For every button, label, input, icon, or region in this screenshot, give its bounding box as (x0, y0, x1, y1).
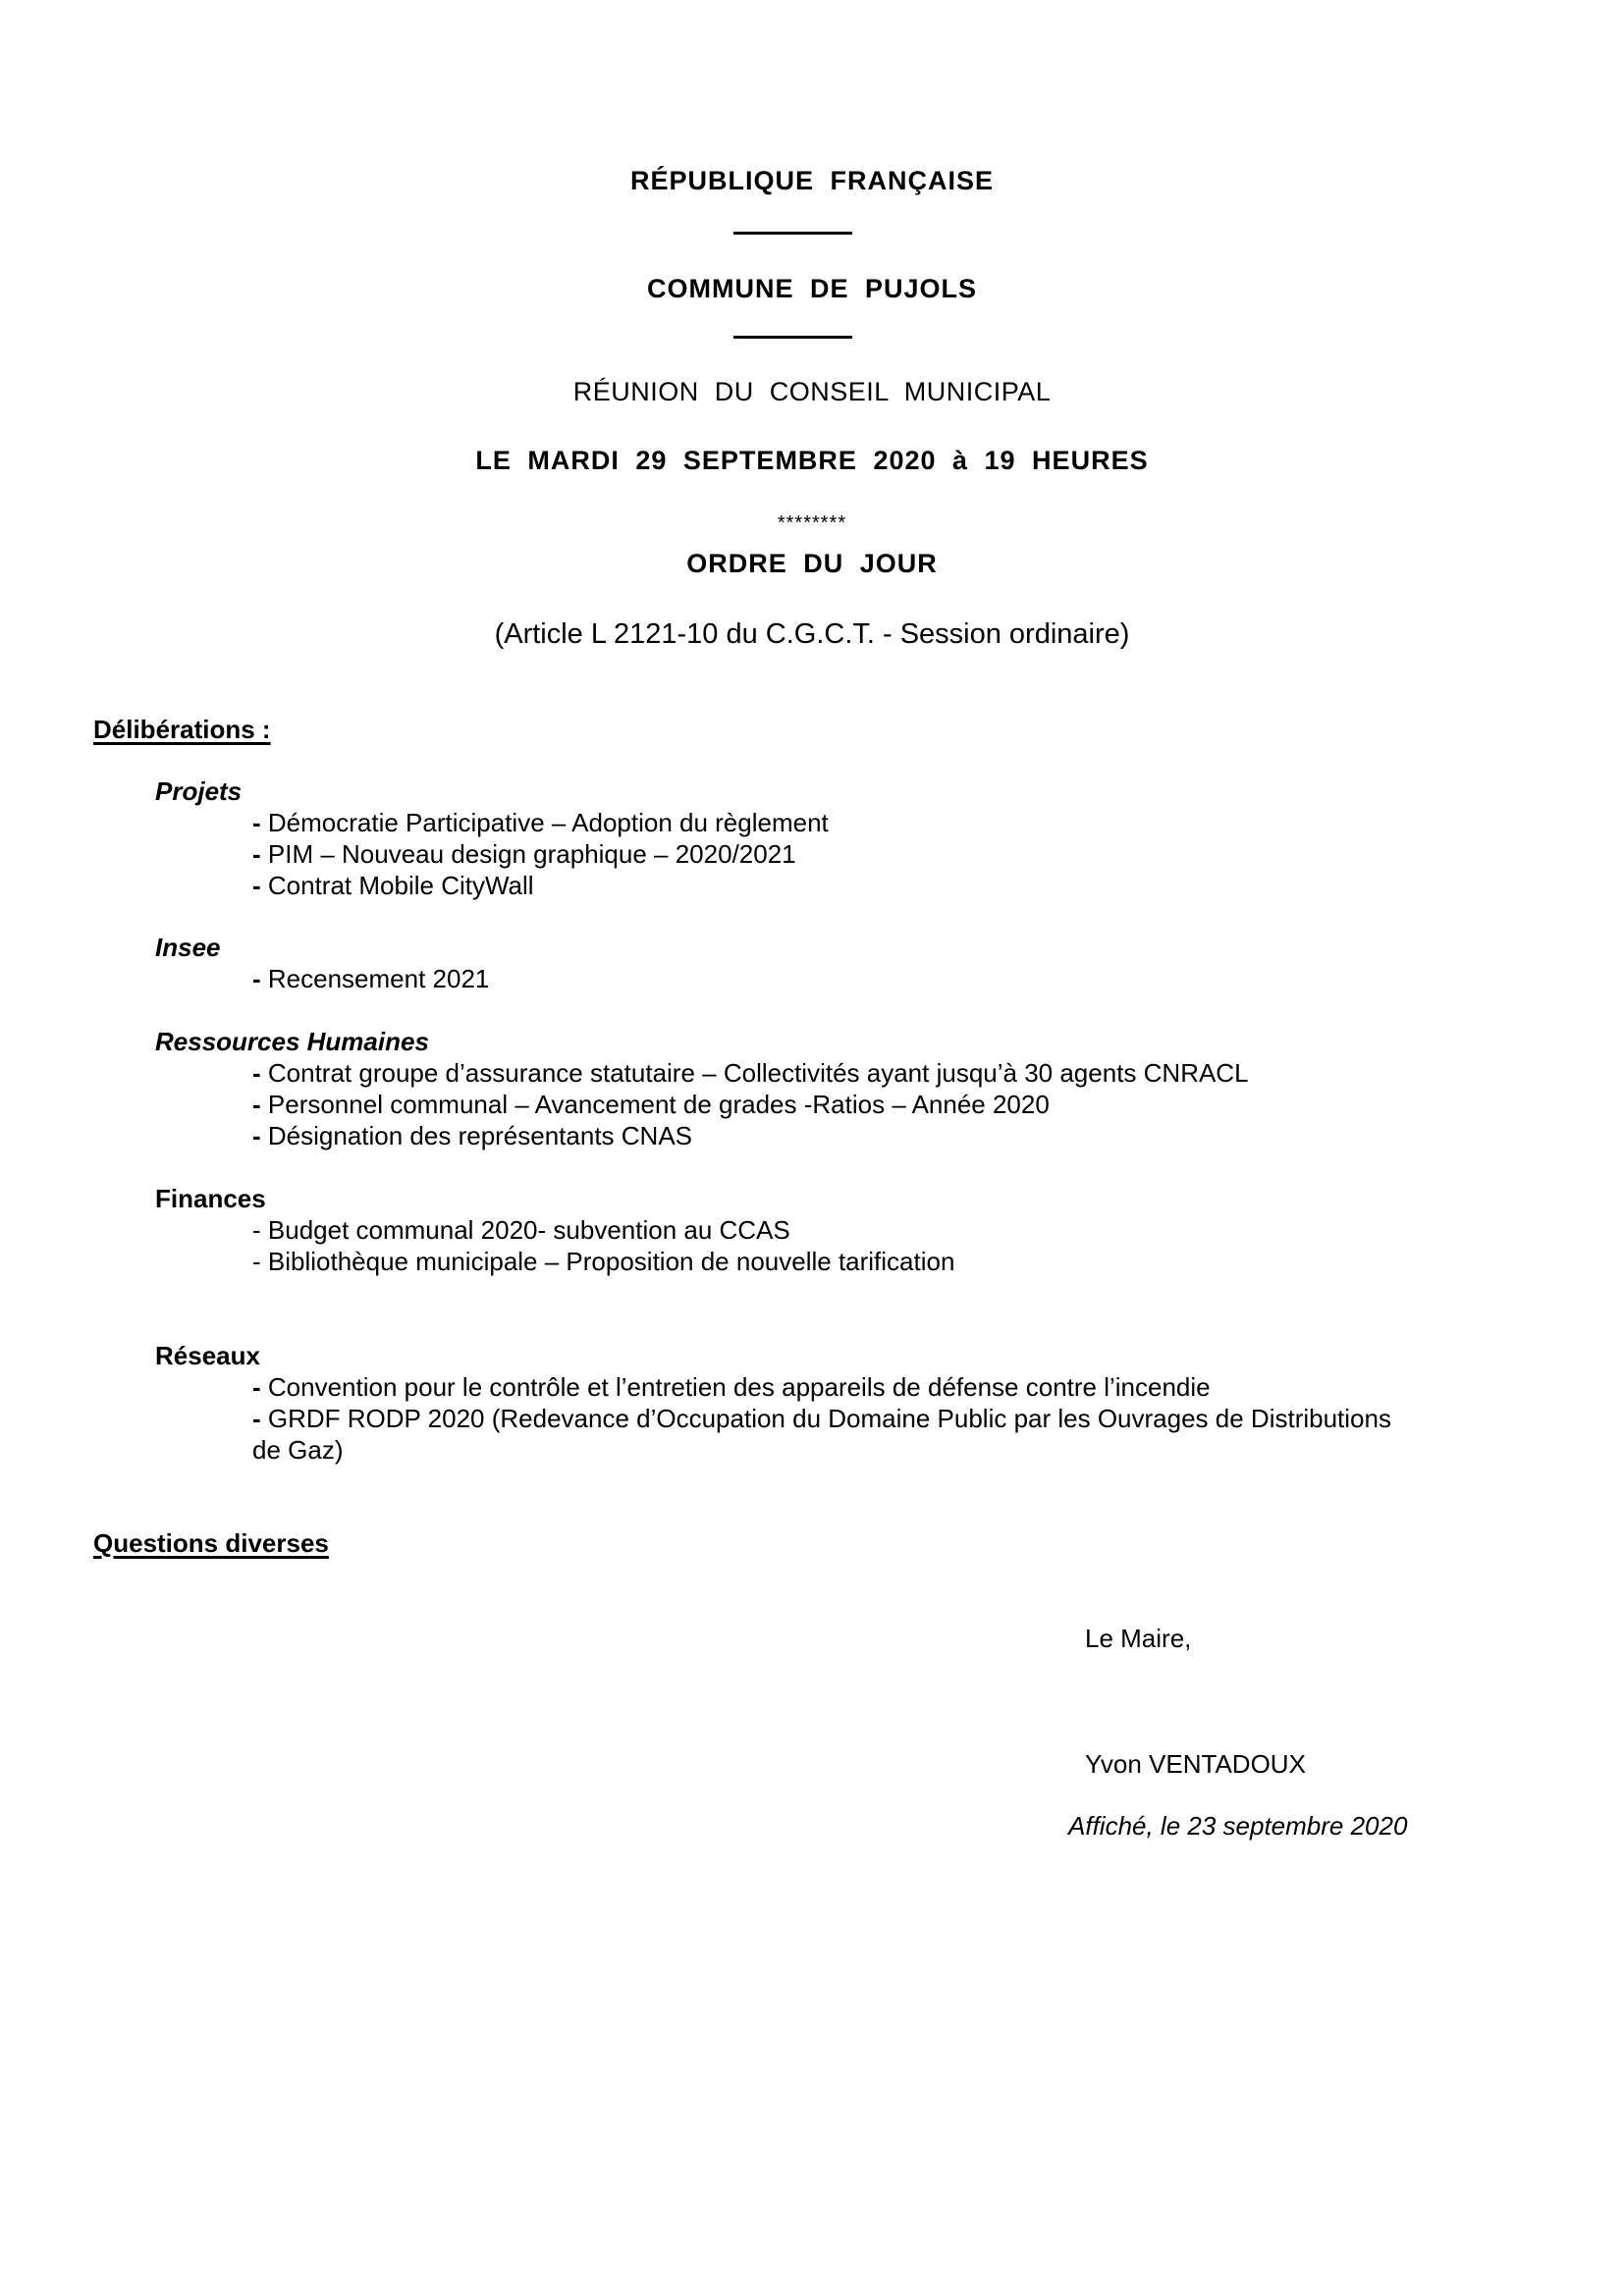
agenda-item: - Convention pour le contrôle et l’entre… (252, 1372, 1211, 1403)
category-reseaux: Réseaux (155, 1341, 260, 1371)
category-ressources-humaines: Ressources Humaines (155, 1027, 429, 1057)
bullet-dash: - (252, 808, 268, 837)
commune-heading: COMMUNE DE PUJOLS (0, 274, 1624, 304)
agenda-item-text: Personnel communal – Avancement de grade… (268, 1090, 1050, 1119)
agenda-item: - Bibliothèque municipale – Proposition … (252, 1247, 954, 1277)
agenda-item-text: GRDF RODP 2020 (Redevance d’Occupation d… (268, 1404, 1391, 1433)
category-projets: Projets (155, 776, 242, 807)
agenda-item: - GRDF RODP 2020 (Redevance d’Occupation… (252, 1404, 1391, 1434)
category-finances: Finances (155, 1184, 266, 1214)
heading-rule (733, 232, 852, 235)
agenda-item: - Budget communal 2020- subvention au CC… (252, 1215, 790, 1246)
section-questions-diverses: Questions diverses (93, 1528, 329, 1559)
agenda-item-text: Désignation des représentants CNAS (268, 1121, 692, 1150)
agenda-item: - Contrat Mobile CityWall (252, 871, 534, 901)
bullet-dash: - (252, 1247, 268, 1276)
heading-rule (733, 336, 852, 339)
separator-stars: ******** (0, 512, 1624, 535)
bullet-dash: - (252, 1372, 268, 1402)
category-insee: Insee (155, 933, 221, 963)
agenda-item-text: Budget communal 2020- subvention au CCAS (268, 1215, 790, 1245)
agenda-item: - PIM – Nouveau design graphique – 2020/… (252, 839, 796, 870)
agenda-item-text: Démocratie Participative – Adoption du r… (268, 808, 829, 837)
agenda-item-text: Recensement 2021 (268, 964, 489, 993)
agenda-item: - Personnel communal – Avancement de gra… (252, 1090, 1050, 1120)
agenda-item-text: PIM – Nouveau design graphique – 2020/20… (268, 839, 796, 869)
meeting-date: LE MARDI 29 SEPTEMBRE 2020 à 19 HEURES (0, 446, 1624, 476)
agenda-item-text: Convention pour le contrôle et l’entreti… (268, 1372, 1211, 1402)
country-heading: RÉPUBLIQUE FRANÇAISE (0, 166, 1624, 196)
bullet-dash: - (252, 1121, 268, 1150)
agenda-item: - Recensement 2021 (252, 964, 489, 994)
agenda-item: - Démocratie Participative – Adoption du… (252, 808, 829, 838)
bullet-dash: - (252, 1090, 268, 1119)
bullet-dash: - (252, 1058, 268, 1088)
agenda-item-text: Contrat groupe d’assurance statutaire – … (268, 1058, 1249, 1088)
bullet-dash: - (252, 1404, 268, 1433)
agenda-item-continuation: de Gaz) (252, 1435, 344, 1466)
bullet-dash: - (252, 839, 268, 869)
agenda-item-text: Contrat Mobile CityWall (268, 871, 534, 900)
agenda-item: - Contrat groupe d’assurance statutaire … (252, 1058, 1249, 1089)
bullet-dash: - (252, 1215, 268, 1245)
signature-role: Le Maire, (1085, 1624, 1191, 1654)
bullet-dash: - (252, 964, 268, 993)
meeting-heading: RÉUNION DU CONSEIL MUNICIPAL (0, 377, 1624, 407)
agenda-title: ORDRE DU JOUR (0, 549, 1624, 579)
signature-name: Yvon VENTADOUX (1085, 1749, 1306, 1780)
agenda-item-text: Bibliothèque municipale – Proposition de… (268, 1247, 955, 1276)
posted-date: Affiché, le 23 septembre 2020 (1068, 1811, 1407, 1842)
article-reference: (Article L 2121-10 du C.G.C.T. - Session… (0, 618, 1624, 651)
agenda-item: - Désignation des représentants CNAS (252, 1121, 692, 1151)
bullet-dash: - (252, 871, 268, 900)
section-deliberations: Délibérations : (93, 715, 271, 745)
